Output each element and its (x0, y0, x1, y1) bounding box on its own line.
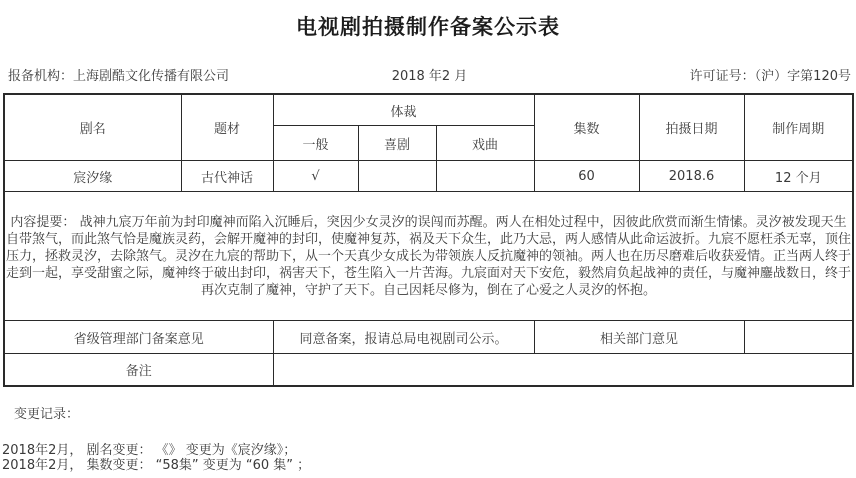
col-header-genre-opera: 戏曲 (436, 126, 534, 161)
remarks-label: 备注 (4, 354, 273, 387)
cell-genre-opera (436, 161, 534, 192)
related-department-opinion-value (744, 321, 853, 354)
provincial-opinion-label: 省级管理部门备案意见 (4, 321, 273, 354)
synopsis-label: 内容提要： (10, 215, 79, 230)
license-number: 许可证号：（沪）字第120号 (467, 65, 851, 84)
change-log-section: 变更记录： 2018年2月， 剧名变更： 《》 变更为《宸汐缘》； 2018年2… (0, 403, 856, 473)
remarks-row: 备注 (4, 354, 853, 387)
provincial-opinion-value: 同意备案，报请总局电视剧司公示。 (273, 321, 534, 354)
reporting-agency-label: 报备机构： (8, 69, 73, 84)
remarks-value (273, 354, 853, 387)
change-log-title: 变更记录： (14, 403, 856, 422)
col-header-episodes: 集数 (534, 94, 639, 161)
cell-drama-name: 宸汐缘 (4, 161, 181, 192)
reporting-agency-value: 上海剧酷文化传播有限公司 (73, 69, 229, 84)
cell-episodes: 60 (534, 161, 639, 192)
col-header-production-cycle: 制作周期 (744, 94, 853, 161)
drama-data-row: 宸汐缘 古代神话 √ 60 2018.6 12 个月 (4, 161, 853, 192)
info-bar: 报备机构：上海剧酷文化传播有限公司 2018 年2 月 许可证号：（沪）字第12… (8, 65, 851, 84)
synopsis-cell: 内容提要： 战神九宸万年前为封印魔神而陷入沉睡后，突因少女灵汐的误闯而苏醒。两人… (4, 192, 853, 321)
change-log-entry-episode-change: 2018年2月， 集数变更： “58集” 变更为 “60 集” ； (2, 458, 856, 473)
col-header-subject: 题材 (181, 94, 273, 161)
synopsis-row: 内容提要： 战神九宸万年前为封印魔神而陷入沉睡后，突因少女灵汐的误闯而苏醒。两人… (4, 192, 853, 321)
reporting-agency: 报备机构：上海剧酷文化传播有限公司 (8, 65, 392, 84)
change-log-entries: 2018年2月， 剧名变更： 《》 变更为《宸汐缘》； 2018年2月， 集数变… (2, 443, 856, 473)
change-log-entry-name-change: 2018年2月， 剧名变更： 《》 变更为《宸汐缘》； (2, 443, 856, 458)
page-title: 电视剧拍摄制作备案公示表 (0, 0, 856, 41)
synopsis-text: 战神九宸万年前为封印魔神而陷入沉睡后，突因少女灵汐的误闯而苏醒。两人在相处过程中… (6, 215, 851, 298)
col-header-genre: 体裁 (273, 94, 534, 126)
filing-table: 剧名 题材 体裁 集数 拍摄日期 制作周期 一般 喜剧 戏曲 宸汐缘 古代神话 … (3, 93, 854, 387)
cell-shoot-date: 2018.6 (639, 161, 744, 192)
cell-production-cycle: 12 个月 (744, 161, 853, 192)
cell-subject: 古代神话 (181, 161, 273, 192)
cell-genre-general-checkmark: √ (273, 161, 358, 192)
opinion-row: 省级管理部门备案意见 同意备案，报请总局电视剧司公示。 相关部门意见 (4, 321, 853, 354)
license-number-label: 许可证号： (690, 69, 755, 84)
col-header-genre-general: 一般 (273, 126, 358, 161)
col-header-genre-comedy: 喜剧 (358, 126, 436, 161)
tv-drama-filing-notice-page: 电视剧拍摄制作备案公示表 报备机构：上海剧酷文化传播有限公司 2018 年2 月… (0, 0, 856, 478)
header-row-1: 剧名 题材 体裁 集数 拍摄日期 制作周期 (4, 94, 853, 126)
col-header-shoot-date: 拍摄日期 (639, 94, 744, 161)
license-number-value: （沪）字第120号 (755, 69, 851, 84)
col-header-drama-name: 剧名 (4, 94, 181, 161)
report-date: 2018 年2 月 (392, 65, 468, 84)
cell-genre-comedy (358, 161, 436, 192)
related-department-opinion-label: 相关部门意见 (534, 321, 744, 354)
